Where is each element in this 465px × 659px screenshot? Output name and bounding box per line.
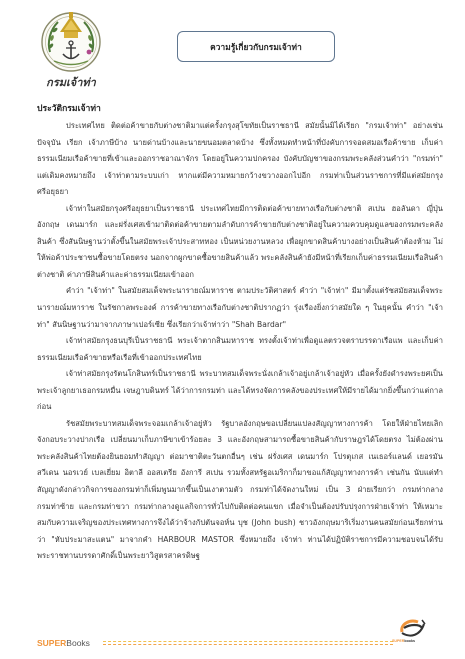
paragraph: เจ้าท่าสมัยกรุงรัตนโกสินทร์เป็นราชธานี พ… xyxy=(37,366,443,416)
paragraph: รัชสมัยพระบาทสมเด็จพระจอมเกล้าเจ้าอยู่หั… xyxy=(37,416,443,565)
footer-brand: SUPERBooks xyxy=(37,638,90,648)
footer-divider xyxy=(103,641,393,645)
article-body: ประเทศไทย ติดต่อค้าขายกับต่างชาติมาแต่คร… xyxy=(37,118,443,565)
paragraph: เจ้าท่าในสมัยกรุงศรีอยุธยาเป็นราชธานี ปร… xyxy=(37,201,443,284)
page-title: ความรู้เกี่ยวกับกรมเจ้าท่า xyxy=(210,40,302,54)
footer-brand-books: Books xyxy=(66,638,90,648)
section-heading: ประวัติกรมเจ้าท่า xyxy=(37,101,101,115)
page-title-box: ความรู้เกี่ยวกับกรมเจ้าท่า xyxy=(177,31,335,62)
paragraph: คำว่า "เจ้าท่า" ในสมัยสมเด็จพระนารายณ์มห… xyxy=(37,283,443,333)
footer-brand-super: SUPER xyxy=(37,638,66,648)
emblem-caption: กรมเจ้าท่า xyxy=(46,76,96,89)
footer-logo-books: books xyxy=(404,639,415,643)
footer-logo-super: SUPER xyxy=(392,639,404,643)
page-footer: SUPERBooks SUPERbooks xyxy=(0,600,465,659)
footer-logo-text: SUPERbooks xyxy=(392,639,415,643)
paragraph: เจ้าท่าสมัยกรุงธนบุรีเป็นราชธานี พระเจ้า… xyxy=(37,333,443,366)
paragraph: ประเทศไทย ติดต่อค้าขายกับต่างชาติมาแต่คร… xyxy=(37,118,443,201)
superbooks-swirl-logo-icon: SUPERbooks xyxy=(392,618,428,648)
marine-department-emblem-icon: กรมเจ้าท่า xyxy=(38,6,104,92)
